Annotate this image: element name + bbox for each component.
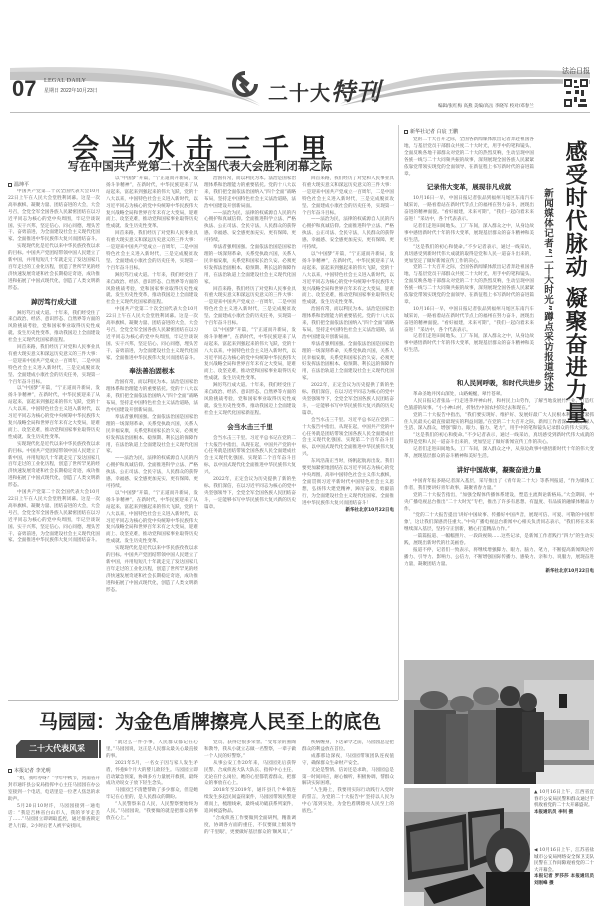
lead-paragraph: 治国有常，而以利民为本。法治是国家治理体系和治理能力的重要依托。党的十八大以来，…	[106, 380, 198, 415]
lead-paragraph: 回首来路，我们经历了对党和人民事业具有重大现实意义和深远历史意义的三件大事：一是…	[8, 345, 100, 386]
party-emblem-icon	[229, 68, 261, 100]
lead-paragraph: 踔厉笃行成大道。十年来，我们经受住了来自政治、经济、意识形态、自然界等方面的风险…	[106, 273, 198, 308]
right-section-head: 和人民同呼吸，和时代共进步	[404, 380, 594, 387]
profile-paragraph: 党员、获得过很多荣誉。“受母亲的熏陶和教导，我从小就立志做一名警察，一辈子做一个…	[204, 740, 296, 761]
lead-paragraph: 会当水击三千里。习近平总书记在党的二十大报告中指出，从现在起，中国共产党的中心任…	[302, 418, 394, 459]
right-paragraph: “党的二十大报告提出‘讲好中国故事、传播好中国声音，展现可信、可爱、可敬的中国形…	[404, 513, 594, 534]
lead-paragraph: 奉法者强则国强。全面依法治国是国家治理的一场深刻革命，关系党执政兴国，关系人民幸…	[302, 342, 394, 383]
tag-banner-edge	[99, 740, 101, 758]
lead-paragraph: ——法治为民，法律的权威源自人民的内心拥护和真诚信仰。全面推进科学立法、严格执法…	[204, 211, 296, 246]
right-column-bottom: 和人民同呼吸，和时代共进步 革命圣地井冈山深处，山路蜿蜒，翠竹苍翠。 人民日报记…	[404, 374, 594, 636]
profile-column-4: 疾病缠身，下达命令之前，马园园总是把群众的利益放在首位。 成都那边深夜，马园园带…	[302, 740, 394, 906]
right-paragraph: 记者们走进田间地头、工厂车间，深入群众之中，从身边故事中感悟新时代十年的伟大变革…	[404, 447, 594, 461]
lead-paragraph: 回首来路，我们经历了对党和人民事业具有重大现实意义和深远历史意义的三件大事：一是…	[204, 287, 296, 328]
profile-paragraph: “合成侦查工作要做到全面研判，精准调度，协调各方面的重任，不仅要做上级领导的‘千…	[204, 816, 296, 837]
page-number: 07	[12, 76, 36, 102]
profile-column-3: 党员、获得过很多荣誉。“受母亲的熏陶和教导，我从小就立志做一名警察，一辈子做一个…	[204, 740, 296, 906]
lead-paragraph: 以“中国梦”开篇，“宁正道而升新局，发扬斗争精神”，在新时代，中华民族迎来了从站…	[302, 252, 394, 307]
lead-paragraph: 中国共产党第二十次全国代表大会10月22日上午在人民大会堂胜利闭幕。这是一次高举…	[106, 307, 198, 362]
section-title-plain: 二十大	[268, 81, 331, 105]
lead-paragraph: 治国有常，而以利民为本。法治是国家治理体系和治理能力的重要依托。党的十八大以来，…	[204, 176, 296, 211]
caption-credit: 本报记者 罗莎莎 本报通讯员 刘刚峰 摄	[534, 874, 594, 887]
column-divider	[398, 125, 399, 700]
profile-paragraph: 5月20日10时许，马园园接到一通电话：“我是吉林省白山市人，我的爷爷走丢了………	[8, 804, 100, 832]
profile-paragraph: 2018年至2019年，通许县几个乡镇连续发生多起民间盗窃案件，马园园带领民警迎…	[204, 788, 296, 816]
right-paragraph: “这是我们的初心和使命。”不少记者表示，通过一线采访，真切感受到新时代伟大成就的…	[404, 245, 534, 266]
lead-paragraph: ——法治为民，法律的权威源自人民的内心拥护和真诚信仰。全面推进科学立法、严格执法…	[106, 456, 198, 491]
lead-column-4: 回首来路，我们经历了对党和人民事业具有重大现实意义和深远历史意义的三件大事：一是…	[302, 176, 394, 694]
right-paragraph: 记者们走进田间地头、工厂车间，深入群众之中，从身边故事中感悟新时代十年的伟大变革…	[404, 224, 534, 245]
profile-paragraph: 从事公安工作20年来，马园园先后获得民警、合成侦查大队大队长、指挥中心主任，无论…	[204, 761, 296, 789]
lead-column-3: 治国有常，而以利民为本。法治是国家治理体系和治理能力的重要依托。党的十八大以来，…	[204, 176, 296, 694]
lead-paragraph: 奉法者强则国强。全面依法治国是国家治理的一场深刻革命，关系党执政兴国，关系人民幸…	[204, 245, 296, 286]
lead-section-head: 踔厉笃行成大道	[8, 299, 100, 306]
lead-paragraph: 以“中国梦”开篇，“宁正道而升新局，发扬斗争精神”，在新时代，中华民族迎来了从站…	[204, 328, 296, 383]
lead-paragraph: 中国共产党第二十次全国代表大会10月22日上午在人民大会堂胜利闭幕。这是一次高举…	[8, 490, 100, 545]
right-paragraph: 记者们走进田间地头、工厂车间，深入群众之中，从身边故事中感悟新时代十年的伟大变革…	[404, 334, 534, 355]
lead-paragraph: 中国共产党第二十次全国代表大会10月22日上午在人民大会堂胜利闭幕。这是一次高举…	[8, 189, 100, 244]
right-paragraph: 10月16日一早，中国日报记者张品到福州马尾区东南汽车城采访，一路看着站在新时代…	[404, 307, 534, 335]
profile-column-2: “就这么一件小事，人民群众都记在心里。”马园园说，这正是人民群众最关心最直接的事…	[106, 740, 198, 906]
lead-paragraph: 回首来路，我们经历了对党和人民事业具有重大现实意义和深远历史意义的三件大事：一是…	[302, 176, 394, 217]
editor-credits: 编辑/张红梅 高燕 美编/高岳 李晓军 校对/邓春兰	[438, 103, 534, 109]
profile-paragraph: “人生路上，我要用实际行动践行入党时的誓言，为党的二十大报告中‘坚持以人民为中心…	[302, 788, 394, 816]
lead-paragraph: 会当水击三千里。习近平总书记在党的二十大报告中指出，从现在起，中国共产党的中心任…	[204, 436, 296, 477]
profile-tag-banner: 二十大代表风采	[16, 740, 98, 758]
section-title: 二十大特刊	[268, 72, 381, 107]
lead-column-2: 以“中国梦”开篇，“宁正道而升新局，发扬斗争精神”，在新时代，中华民族迎来了从站…	[106, 176, 198, 694]
right-column-top: 党的二十大召开之际，全国各新闻媒体派出记者奔赴祖国各地，与基层党员干部群众共度二…	[404, 137, 534, 377]
lead-paragraph: 实现现代化是近代以来中华民族孜孜以求的目标。中国共产党团结带领中国人民建立了新中…	[106, 546, 198, 594]
right-section-head: 讲好中国故事，凝聚奋进力量	[404, 467, 594, 474]
right-section-head: 记录伟大变革，展现非凡成就	[404, 184, 534, 191]
lead-paragraph: 回首来路，我们经历了对党和人民事业具有重大现实意义和深远历史意义的三件大事：一是…	[106, 231, 198, 272]
issue-date: 星期日 2022年10月23日	[44, 87, 98, 94]
lead-subheadline: 写在中国共产党第二十次全国代表大会胜利闭幕之际	[40, 158, 360, 174]
lead-paragraph: 东风浩荡正当时，扬帆起航再出发。我们要更加紧密地团结在以习近平同志为核心的党中央…	[302, 459, 394, 507]
profile-paragraph: “就这么一件小事，人民群众都记在心里。”马园园说，这正是人民群众最关心最直接的事…	[106, 740, 198, 761]
lead-paragraph: ——法治为民，法律的权威源自人民的内心拥护和真诚信仰。全面推进科学立法、严格执法…	[302, 217, 394, 252]
right-paragraph: 报道不停，记者们一致表示，将继续增强脚力、眼力、脑力、笔力，不断提高新闻舆论传播…	[404, 548, 594, 569]
lead-byline-text: 温坤平	[14, 182, 29, 188]
section-title-stylized: 特刊	[331, 77, 381, 106]
lead-paragraph: 2022年，正定会议为历史提供了新的坐标。我们深信，在以习近平同志为核心的党中央…	[204, 477, 296, 512]
newspaper-page: 07 LEGAL DAILY 星期日 2022年10月23日 二十大特刊 编辑/…	[0, 0, 600, 912]
photo-image-icon	[404, 660, 594, 784]
right-paragraph: 人民日报记者张品一行走进茅坪神山村，和村民上山劳作，了解当地发展竹产业、打造红色…	[404, 399, 594, 413]
right-source: 新华社北京10月22日电	[404, 569, 594, 576]
section-rule	[8, 700, 398, 701]
monitor-watching-photo	[404, 788, 530, 906]
right-paragraph: 中国青年报多路记者深入基层，采写推出了《青年说二十大》等系列报道，“作为媒体工作…	[404, 479, 594, 493]
lead-paragraph: 实现现代化是近代以来中华民族孜孜以求的目标。中国共产党团结带领中国人民建立了新中…	[8, 442, 100, 490]
right-paragraph: 党的二十大召开之际，全国各新闻媒体派出记者奔赴祖国各地，与基层党员干部群众共度二…	[404, 137, 534, 178]
police-workshop-photo	[404, 660, 594, 784]
byline-box-icon	[404, 130, 408, 134]
profile-paragraph: 成都那边深夜，马园园带领团队连夜值守，确保群众生命财产安全。	[302, 754, 394, 768]
lead-paragraph: 踔厉笃行成大道。十年来，我们经受住了来自政治、经济、意识形态、自然界等方面的风险…	[8, 311, 100, 346]
profile-paragraph: 2021年5月，一名女子因与家人发生矛盾，怀抱8个月大的婴儿欲轻生。马园园立即启…	[106, 761, 198, 789]
photo-caption-1: ▲ 10月16日上午，江西省宜春市公安局民警和群众通过手机收看党的二十大开幕盛况…	[534, 790, 594, 816]
lead-column-1: 中国共产党第二十次全国代表大会10月22日上午在人民大会堂胜利闭幕。这是一次高举…	[8, 189, 100, 694]
lead-paragraph: 踔厉笃行成大道。十年来，我们经受住了来自政治、经济、意识形态、自然界等方面的风险…	[204, 383, 296, 418]
right-paragraph: 一篇篇报道、一幅幅照片、一段段视频……这些记录，是新闻工作者践行“四力”的生动实…	[404, 534, 594, 548]
right-paragraph: 党的二十大召开之际，全国各新闻媒体派出记者奔赴祖国各地，与基层党员干部群众共度二…	[404, 265, 534, 306]
right-vertical-subheadline: 新闻媒体记者“二十大时光”蹲点采访报道综述	[540, 188, 554, 392]
profile-paragraph: 疾病缠身，下达命令之前，马园园总是把群众的利益放在首位。	[302, 740, 394, 754]
byline-box-icon	[8, 183, 12, 187]
lead-paragraph: 治国有常，而以利民为本。法治是国家治理体系和治理能力的重要依托。党的十八大以来，…	[302, 307, 394, 342]
lead-paragraph: 奉法者强则国强。全面依法治国是国家治理的一场深刻革命，关系党执政兴国，关系人民幸…	[106, 415, 198, 456]
lead-section-head: 奉法善治固根本	[106, 368, 198, 375]
paper-name-en: LEGAL DAILY	[44, 78, 86, 84]
right-byline-text: 新华社记者 白宸 王鹏	[410, 129, 458, 135]
photo-caption-2: ◀ 10月16日上午，江苏省盐城市公安局网络安全保卫支队民警在工作间隙观看党的二…	[534, 848, 594, 888]
photo-image-icon	[404, 788, 530, 906]
profile-headline: 马园园：为金色盾牌擦亮人民至上的底色	[30, 707, 390, 734]
caption-credit: 本报通讯员 李钊 摄	[534, 810, 594, 817]
lead-paragraph: 2022年，正定会议为历史提供了新的坐标。我们深信，在以习近平同志为核心的党中央…	[302, 383, 394, 418]
profile-column-1: “姐，我咋办呀？”今年中秋节，河南省开封市通许县公安局指挥中心主任马园园在办公室…	[8, 776, 100, 906]
lead-paragraph: 以“中国梦”开篇，“宁正道而升新局，发扬斗争精神”，在新时代，中华民族迎来了从站…	[106, 176, 198, 231]
lead-paragraph: 实现现代化是近代以来中华民族孜孜以求的目标。中国共产党团结带领中国人民建立了新中…	[8, 244, 100, 292]
caption-text: ▲ 10月16日上午，江西省宜春市公安局民警和群众通过手机收看党的二十大开幕盛况…	[534, 790, 594, 808]
lead-paragraph: 以“中国梦”开篇，“宁正道而升新局，发扬斗争精神”，在新时代，中华民族迎来了从站…	[8, 386, 100, 441]
right-paragraph: 党的二十大报告中指出，“我们要实现好、维护好、发展好最广大人民根本利益，紧紧抓住…	[404, 413, 594, 434]
caption-text: ◀ 10月16日上午，江苏省盐城市公安局网络安全保卫支队民警在工作间隙观看党的二…	[534, 848, 594, 873]
byline-box-icon	[8, 769, 12, 773]
profile-paragraph: 无论是警情、信访还是求助，马园园总是第一时间回应，耐心倾听，积极协调，帮群众解决…	[302, 768, 394, 789]
right-paragraph: “这是我们的初心和使命。”不少记者表示，通过一线采访，真切感受到新时代伟大成就的…	[404, 433, 594, 447]
right-paragraph: 党的二十大报告指出，“加强全媒体传播体系建设，塑造主流舆论新格局。”大会期间，中…	[404, 493, 594, 514]
lead-section-head: 会当水击三千里	[204, 424, 296, 431]
masthead-rule	[10, 112, 590, 113]
lead-source: 新华社北京10月22日电	[302, 508, 394, 515]
lead-byline: 温坤平	[8, 181, 29, 188]
right-byline: 新华社记者 白宸 王鹏	[404, 128, 458, 135]
right-paragraph: 10月16日一早，中国日报记者张品到福州马尾区东南汽车城采访，一路看着站在新时代…	[404, 196, 534, 224]
profile-paragraph: “人民警察来自人民，人民警察要始终为人民。”马园园说，“我要做的就是把群众的事放…	[106, 802, 198, 823]
profile-paragraph: “姐，我咋办呀？”今年中秋节，河南省开封市通许县公安局指挥中心主任马园园在办公室…	[8, 776, 100, 804]
paper-logo: 法治日报	[562, 66, 590, 76]
profile-paragraph: 马园园已不清楚帮助了多少群众，但是她牢记在心里的，是人民群众的期盼。	[106, 788, 198, 802]
masthead: 07 LEGAL DAILY 星期日 2022年10月23日 二十大特刊 编辑/…	[0, 60, 600, 116]
right-paragraph: 革命圣地井冈山深处，山路蜿蜒，翠竹苍翠。	[404, 392, 594, 399]
profile-byline-text: 本报记者 李光明	[14, 768, 51, 774]
profile-byline: 本报记者 李光明	[8, 767, 51, 774]
lead-paragraph: 以“中国梦”开篇，“宁正道而升新局，发扬斗争精神”，在新时代，中华民族迎来了从站…	[106, 491, 198, 546]
qr-code-icon	[563, 78, 589, 108]
